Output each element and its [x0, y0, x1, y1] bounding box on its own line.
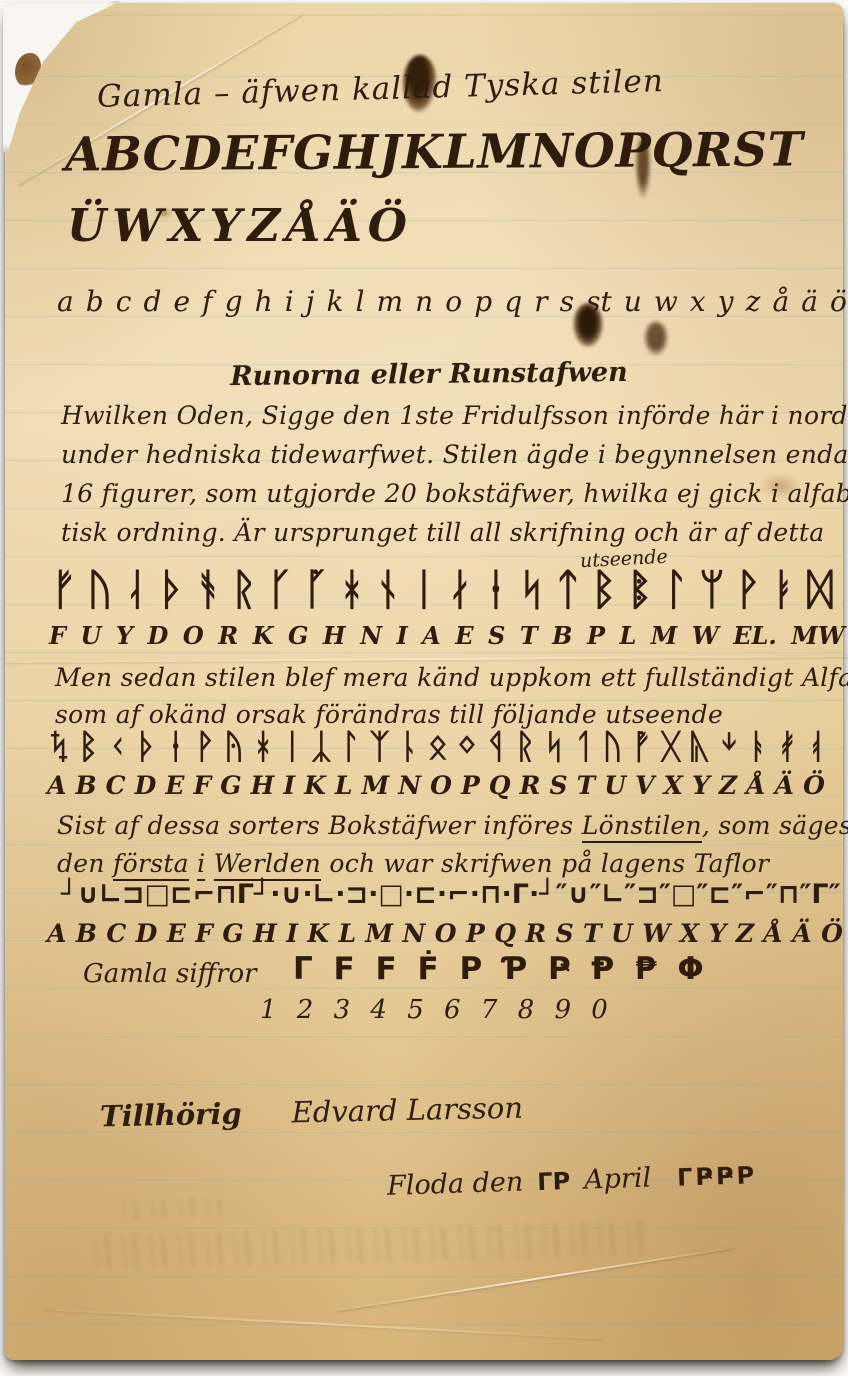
glyph: W — [692, 621, 719, 650]
glyph: b — [86, 285, 104, 318]
glyph: ⊐″ — [636, 879, 671, 910]
glyph: ᛂ — [166, 727, 186, 767]
glyph: J — [379, 125, 402, 180]
glyph: ∪ — [77, 879, 99, 910]
glyph: F — [193, 771, 211, 800]
glyph: ᛂ — [483, 565, 509, 615]
old-numerals-glyphs: Γ Ϝ F Ḟ Ρ Ƥ Ҏ Ᵽ ₱ Φ — [293, 951, 709, 987]
glyph: P — [466, 919, 485, 948]
glyph: ᛐ — [573, 727, 593, 767]
glyph: n — [415, 285, 433, 318]
glyph: R — [218, 621, 238, 650]
glyph: T — [577, 771, 596, 800]
glyph: C — [106, 771, 126, 800]
glyph: I — [396, 621, 407, 650]
glyph: Y — [692, 771, 710, 800]
glyph: R — [693, 123, 732, 178]
ownership-line: Tillhörig Edvard Larsson — [100, 1091, 524, 1134]
full-translit-row: ABCDEFGHIKLMNOPQRSTUVXYZÅÄÖ — [47, 771, 825, 800]
glyph: X — [680, 919, 699, 948]
glyph: ᚲ — [107, 727, 127, 767]
glyph: ᚵ — [303, 565, 329, 615]
text-segment: Sist af dessa sorters Bokstäfwer införes — [57, 811, 582, 840]
glyph: Q — [494, 919, 516, 948]
glyph: ᛜ — [457, 727, 477, 767]
glyph: S — [488, 621, 505, 650]
glyph: ᚢ — [602, 727, 622, 767]
glyph: Ö — [803, 771, 825, 800]
runes-paragraph-line-4: tisk ordning. Är ursprunget till all skr… — [61, 518, 824, 547]
glyph: F — [195, 919, 213, 948]
glyph: ᛁ — [411, 565, 437, 615]
glyph: a — [57, 285, 74, 318]
glyph: K — [304, 771, 326, 800]
glyph: O — [574, 124, 615, 179]
glyph: S — [549, 771, 567, 800]
glyph: A — [47, 771, 66, 800]
glyph: ᛚ — [340, 727, 360, 767]
glyph: h — [255, 285, 273, 318]
glyph: ┘· — [254, 879, 281, 910]
text-segment: och war skrifwen på lagens Taflor — [321, 849, 769, 878]
scanned-manuscript: Gamla – äfwen kallad Tyska stilen ABCDEF… — [0, 0, 848, 1376]
glyph: ᛩ — [486, 727, 506, 767]
glyph: I — [286, 919, 298, 948]
glyph: o — [445, 285, 462, 318]
glyph: j — [306, 285, 315, 318]
glyph: Z — [719, 771, 737, 800]
lonstil-line-2: den första i Werlden och war skrifwen på… — [57, 849, 769, 878]
glyph: EL. — [733, 621, 777, 650]
glyph: Γ″ — [811, 879, 840, 910]
glyph: O — [183, 621, 204, 650]
text-segment — [205, 849, 213, 878]
glyph: ᛓ — [771, 565, 797, 615]
glyph: I — [283, 771, 295, 800]
day-numeral-glyphs: ΓΡ — [537, 1167, 571, 1196]
glyph: H — [334, 125, 379, 180]
glyph: ᚡ — [632, 727, 652, 767]
glyph: L — [619, 621, 636, 650]
underlined-term: Werlden — [214, 849, 321, 881]
glyph: ᛘ — [699, 565, 725, 615]
glyph: ᚣ — [690, 727, 710, 767]
glyph: g — [225, 285, 243, 318]
glyph: ᛆ — [123, 565, 149, 615]
glyph: q — [504, 285, 522, 318]
glyph: D — [136, 919, 158, 948]
glyph: ᚭ — [748, 727, 768, 767]
glyph: M — [365, 919, 393, 948]
glyph: ᚯ — [777, 727, 797, 767]
glyph: x — [690, 285, 706, 318]
glyph: ⊓ — [215, 879, 237, 910]
owner-name: Edvard Larsson — [291, 1091, 523, 1130]
glyph: P — [615, 123, 651, 178]
glyph: Y — [116, 621, 133, 650]
glyph: G — [222, 919, 243, 948]
glyph: d — [144, 285, 162, 318]
glyph: ᛞ — [807, 565, 833, 615]
futhark-translit-row: FUYDORKGHNIAESTBPLMWEL.MW — [49, 621, 845, 650]
paragraph2-line-2: som af okänd orsak förändras till följan… — [55, 700, 723, 729]
glyph: G — [293, 126, 334, 181]
glyph: ┘″ — [539, 879, 567, 910]
month-name: April — [584, 1163, 652, 1196]
glyph: L — [338, 919, 356, 948]
glyph: ∟· — [313, 879, 346, 910]
glyph: W — [642, 919, 670, 948]
glyph: ᛋ — [544, 727, 564, 767]
glyph: L — [443, 125, 476, 180]
glyph: W — [112, 199, 163, 252]
glyph: w — [654, 285, 678, 318]
modern-digits-row: 1 2 3 4 5 6 7 8 9 0 — [260, 995, 614, 1025]
glyph: F — [49, 621, 66, 650]
glyph: X — [169, 199, 204, 252]
glyph: P — [587, 621, 605, 650]
glyph: M — [477, 124, 529, 179]
glyph: E — [165, 771, 184, 800]
place-date-line: Floda den ΓΡ April ΓҎҎΡ — [387, 1159, 758, 1202]
glyph: e — [174, 285, 191, 318]
cipher-translit-row: ABCDEFGHIKLMNOPQRSTUWXYZÅÄÖ — [47, 919, 843, 948]
glyph: ᚠ — [51, 565, 77, 615]
glyph: K — [307, 919, 329, 948]
glyph: ᛒ — [78, 727, 98, 767]
glyph: u — [624, 285, 642, 318]
glyph: H — [323, 621, 346, 650]
underlined-term: Lönstilen — [582, 811, 702, 843]
text-segment: den — [57, 849, 113, 878]
glyph: ᚾ — [375, 565, 401, 615]
tear-stain — [15, 53, 41, 87]
glyph: l — [356, 285, 365, 318]
glyph: å — [773, 285, 790, 318]
glyph: ⊐· — [346, 879, 379, 910]
glyph: E — [455, 621, 473, 650]
glyph: Ä — [775, 771, 794, 800]
glyph: M — [361, 771, 389, 800]
glyph: ᚼ — [339, 565, 365, 615]
glyph: A — [47, 919, 66, 948]
glyph: A — [422, 621, 441, 650]
glyph: Γ — [237, 879, 254, 910]
glyph: ᚬ — [195, 565, 221, 615]
page-title: Gamla – äfwen kallad Tyska stilen — [97, 63, 665, 115]
glyph: E — [167, 919, 186, 948]
ink-bleedthrough-2 — [115, 1197, 235, 1218]
german-lowercase-row: abcdefghijklmnopqrsstuwxyzåäö — [57, 285, 847, 318]
glyph: N — [360, 621, 382, 650]
crease-middle — [5, 655, 848, 663]
runes-paragraph-line-1: Hwilken Oden, Sigge den 1ste Fridulfsson… — [61, 401, 848, 430]
glyph: s — [560, 285, 574, 318]
ink-stain-mid-2 — [643, 321, 669, 357]
glyph: S — [733, 123, 767, 178]
glyph: N — [403, 919, 426, 948]
glyph: Å — [746, 771, 765, 800]
glyph: ⊏″ — [708, 879, 743, 910]
glyph: O — [430, 771, 452, 800]
underlined-term: första — [113, 849, 189, 881]
glyph: Z — [247, 199, 280, 252]
glyph: ⊏ — [170, 879, 193, 910]
glyph: ∟″ — [602, 879, 637, 910]
glyph: ⊓″ — [778, 879, 812, 910]
glyph: Å — [763, 919, 782, 948]
german-caps-row-1: ABCDEFGHJKLMNOPQRST — [65, 122, 803, 182]
ownership-label: Tillhörig — [100, 1096, 242, 1133]
glyph: ᚦ — [136, 727, 156, 767]
year-numeral-glyphs: ΓҎҎΡ — [677, 1161, 758, 1192]
glyph: ᚮ — [806, 727, 826, 767]
glyph: ᚷ — [661, 727, 681, 767]
glyph: ᛒ — [591, 565, 617, 615]
text-segment — [189, 849, 197, 878]
glyph: ┘ — [61, 879, 77, 910]
glyph: E — [222, 126, 258, 181]
glyph: D — [135, 771, 157, 800]
glyph: Å — [286, 199, 321, 252]
glyph: Y — [209, 199, 241, 252]
glyph: st — [586, 285, 612, 318]
glyph: y — [718, 285, 734, 318]
glyph: □ — [144, 879, 170, 910]
glyph: m — [377, 285, 404, 318]
glyph: ᛁ — [282, 727, 302, 767]
glyph: B — [75, 771, 96, 800]
glyph: ᛉ — [369, 727, 389, 767]
glyph: ᚴ — [267, 565, 293, 615]
glyph: ᛅ — [447, 565, 473, 615]
glyph: S — [556, 919, 574, 948]
glyph: p — [474, 285, 492, 318]
glyph: MW — [791, 621, 845, 650]
glyph: C — [142, 127, 180, 182]
glyph: D — [148, 621, 169, 650]
glyph: D — [181, 126, 222, 181]
glyph: B — [102, 127, 142, 182]
glyph: V — [635, 771, 654, 800]
glyph: ᚹ — [735, 565, 761, 615]
glyph: O — [435, 919, 457, 948]
paragraph2-line-1: Men sedan stilen blef mera känd uppkom e… — [55, 663, 848, 692]
glyph: A — [65, 127, 102, 182]
glyph: ∟ — [99, 879, 122, 910]
glyph: M — [651, 621, 678, 650]
glyph: Q — [489, 771, 511, 800]
glyph: T — [768, 122, 803, 177]
runes-paragraph-line-2: under hedniska tidewarfwet. Stilen ägde … — [61, 440, 848, 469]
glyph: X — [664, 771, 683, 800]
glyph: ⊐ — [122, 879, 145, 910]
glyph: H — [251, 771, 275, 800]
glyph: f — [202, 285, 212, 318]
glyph: U — [604, 771, 626, 800]
manuscript-page: Gamla – äfwen kallad Tyska stilen ABCDEF… — [5, 3, 843, 1360]
glyph: □· — [378, 879, 414, 910]
glyph: ⌐· — [447, 879, 480, 910]
glyph: ᚹ — [195, 727, 215, 767]
glyph: Y — [709, 919, 727, 948]
glyph: r — [534, 285, 547, 318]
glyph: Ü — [67, 199, 106, 252]
glyph: ⌐″ — [743, 879, 778, 910]
glyph: Ö — [368, 199, 407, 252]
glyph: □″ — [671, 879, 709, 910]
glyph: G — [288, 621, 309, 650]
glyph: T — [583, 919, 602, 948]
glyph: G — [220, 771, 241, 800]
glyph: ᛋ — [519, 565, 545, 615]
glyph: ᛏ — [555, 565, 581, 615]
glyph: z — [746, 285, 761, 318]
crease-bottom-2 — [45, 1308, 604, 1339]
glyph: B — [552, 621, 572, 650]
glyph: F — [259, 126, 293, 181]
glyph: L — [335, 771, 353, 800]
glyph: ᚢ — [87, 565, 113, 615]
full-rune-row: ᛪᛒᚲᚦᛂᚹᚤᚼᛁᛣᛚᛉᚿᛟᛜᛩᚱᛋᛐᚢᚡᚷᚣᛎᚭᚯᚮ — [49, 727, 827, 767]
glyph: K — [402, 125, 443, 180]
glyph: k — [326, 285, 343, 318]
runes-heading: Runorna eller Runstafwen — [5, 355, 848, 395]
glyph: ∪″ — [568, 879, 602, 910]
glyph: ᚿ — [399, 727, 419, 767]
glyph: ⊓· — [480, 879, 512, 910]
glyph: Ä — [327, 199, 362, 252]
futhark-rune-row: ᚠᚢᛆᚦᚬᚱᚴᚵᚼᚾᛁᛅᛂᛋᛏᛒᛔᛚᛘᚹᛓᛞ — [51, 565, 833, 615]
glyph: H — [253, 919, 277, 948]
glyph: K — [253, 621, 274, 650]
glyph: ᚤ — [224, 727, 244, 767]
place-prefix: Floda den — [387, 1167, 524, 1202]
glyph: ᚱ — [231, 565, 257, 615]
german-caps-row-2: ÜWXYZÅÄÖ — [67, 199, 407, 252]
runes-paragraph-line-3: 16 figurer, som utgjorde 20 bokstäfwer, … — [61, 479, 848, 508]
glyph: c — [116, 285, 132, 318]
glyph: ᚼ — [253, 727, 273, 767]
glyph: R — [525, 919, 546, 948]
glyph: ᛟ — [428, 727, 448, 767]
glyph: R — [520, 771, 541, 800]
glyph: ⊏· — [414, 879, 447, 910]
glyph: Γ· — [512, 879, 539, 910]
cipher-row: ┘∪∟⊐□⊏⌐⊓Γ┘·∪·∟·⊐·□·⊏·⌐·⊓·Γ·┘″∪″∟″⊐″□″⊏″⌐… — [61, 879, 833, 910]
glyph: Ö — [821, 919, 843, 948]
glyph: ᛚ — [663, 565, 689, 615]
glyph: Ä — [792, 919, 811, 948]
glyph: ᛎ — [719, 727, 739, 767]
glyph: ᚦ — [159, 565, 185, 615]
glyph: ö — [830, 285, 847, 318]
glyph: ᛣ — [311, 727, 331, 767]
glyph: P — [461, 771, 480, 800]
glyph: U — [611, 919, 633, 948]
glyph: N — [530, 124, 573, 179]
crease-bottom-1 — [337, 1247, 732, 1312]
glyph: ∪· — [280, 879, 312, 910]
glyph: ᛔ — [627, 565, 653, 615]
ink-bleedthrough — [95, 1221, 656, 1270]
glyph: ᚱ — [515, 727, 535, 767]
glyph: Q — [651, 123, 692, 178]
text-segment: , som säges wara — [702, 811, 848, 840]
glyph: ᛪ — [49, 727, 69, 767]
glyph: N — [398, 771, 421, 800]
glyph: U — [81, 621, 102, 650]
glyph: B — [76, 919, 97, 948]
glyph: T — [520, 621, 538, 650]
glyph: Z — [736, 919, 754, 948]
glyph: C — [106, 919, 126, 948]
glyph: ä — [801, 285, 818, 318]
glyph: ⌐ — [193, 879, 216, 910]
glyph: i — [285, 285, 294, 318]
lonstil-line-1: Sist af dessa sorters Bokstäfwer införes… — [57, 811, 848, 840]
old-numerals-label: Gamla siffror — [83, 959, 257, 989]
